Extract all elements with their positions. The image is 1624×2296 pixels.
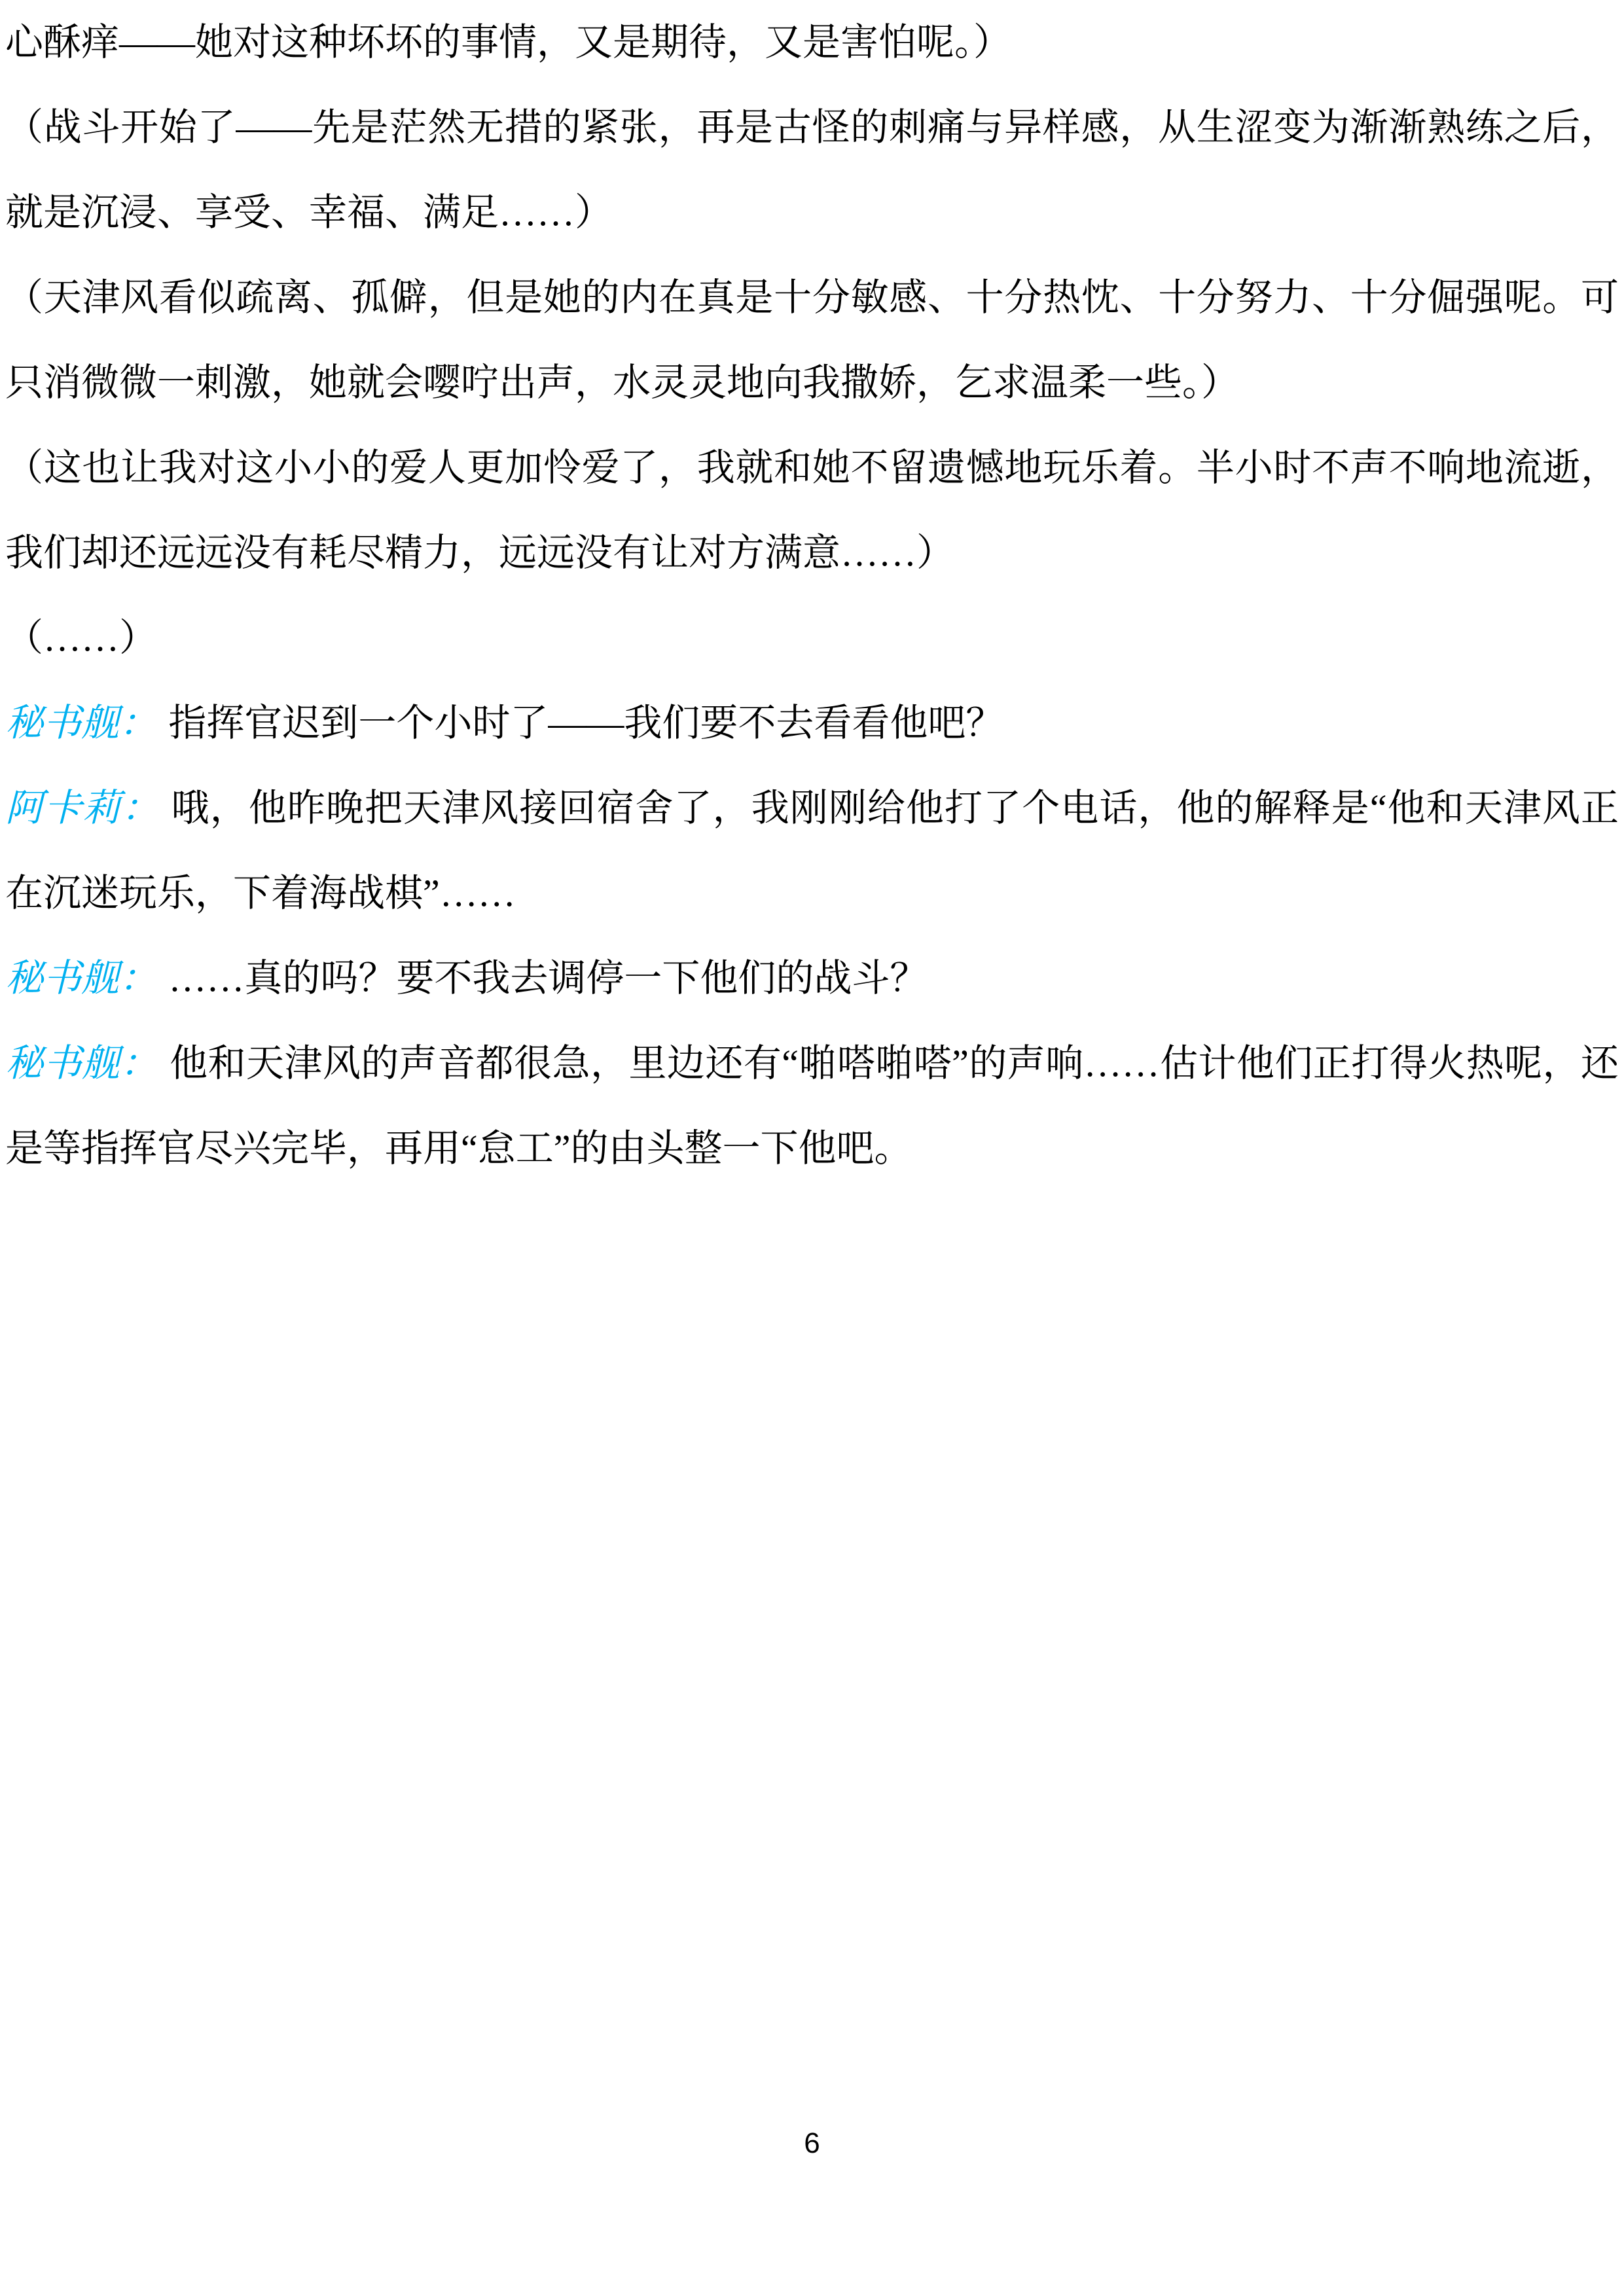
speaker-label: 秘书舰：	[5, 1042, 158, 1085]
paragraph-text: （这也让我对这小小的爱人更加怜爱了，我就和她不留遗憾地玩乐着。半小时不声不响地流…	[5, 446, 1619, 574]
speaker-label: 阿卡莉：	[5, 787, 160, 829]
narration-paragraph: （……）	[5, 596, 1619, 681]
dialogue-paragraph: 秘书舰：他和天津风的声音都很急，里边还有“啪嗒啪嗒”的声响……估计他们正打得火热…	[5, 1021, 1619, 1191]
narration-paragraph: （天津风看似疏离、孤僻，但是她的内在真是十分敏感、十分热忱、十分努力、十分倔强呢…	[5, 255, 1619, 425]
paragraph-text: 心酥痒——她对这种坏坏的事情，又是期待，又是害怕呢。）	[5, 21, 1011, 63]
paragraph-text: （……）	[5, 617, 157, 659]
paragraph-text: 指挥官迟到一个小时了——我们要不去看看他吧？	[168, 702, 1003, 744]
paragraph-text: （战斗开始了——先是茫然无措的紧张，再是古怪的刺痛与异样感，从生涩变为渐渐熟练之…	[5, 106, 1619, 234]
document-page: 心酥痒——她对这种坏坏的事情，又是期待，又是害怕呢。）（战斗开始了——先是茫然无…	[0, 0, 1624, 2296]
narration-paragraph: （这也让我对这小小的爱人更加怜爱了，我就和她不留遗憾地玩乐着。半小时不声不响地流…	[5, 425, 1619, 596]
paragraph-text: 他和天津风的声音都很急，里边还有“啪嗒啪嗒”的声响……估计他们正打得火热呢，还是…	[5, 1042, 1619, 1170]
narration-paragraph: （战斗开始了——先是茫然无措的紧张，再是古怪的刺痛与异样感，从生涩变为渐渐熟练之…	[5, 85, 1619, 255]
paragraph-text: 哦，他昨晚把天津风接回宿舍了，我刚刚给他打了个电话，他的解释是“他和天津风正在沉…	[5, 787, 1619, 914]
speaker-label: 秘书舰：	[5, 702, 157, 744]
text-block: 心酥痒——她对这种坏坏的事情，又是期待，又是害怕呢。）（战斗开始了——先是茫然无…	[5, 0, 1619, 1191]
narration-paragraph: 心酥痒——她对这种坏坏的事情，又是期待，又是害怕呢。）	[5, 0, 1619, 85]
paragraph-text: ……真的吗？要不我去调停一下他们的战斗？	[168, 957, 928, 999]
page-number: 6	[0, 2127, 1624, 2160]
dialogue-paragraph: 阿卡莉：哦，他昨晚把天津风接回宿舍了，我刚刚给他打了个电话，他的解释是“他和天津…	[5, 766, 1619, 936]
speaker-label: 秘书舰：	[5, 957, 157, 999]
dialogue-paragraph: 秘书舰：指挥官迟到一个小时了——我们要不去看看他吧？	[5, 681, 1619, 766]
paragraph-text: （天津风看似疏离、孤僻，但是她的内在真是十分敏感、十分热忱、十分努力、十分倔强呢…	[5, 276, 1619, 404]
dialogue-paragraph: 秘书舰：……真的吗？要不我去调停一下他们的战斗？	[5, 936, 1619, 1021]
